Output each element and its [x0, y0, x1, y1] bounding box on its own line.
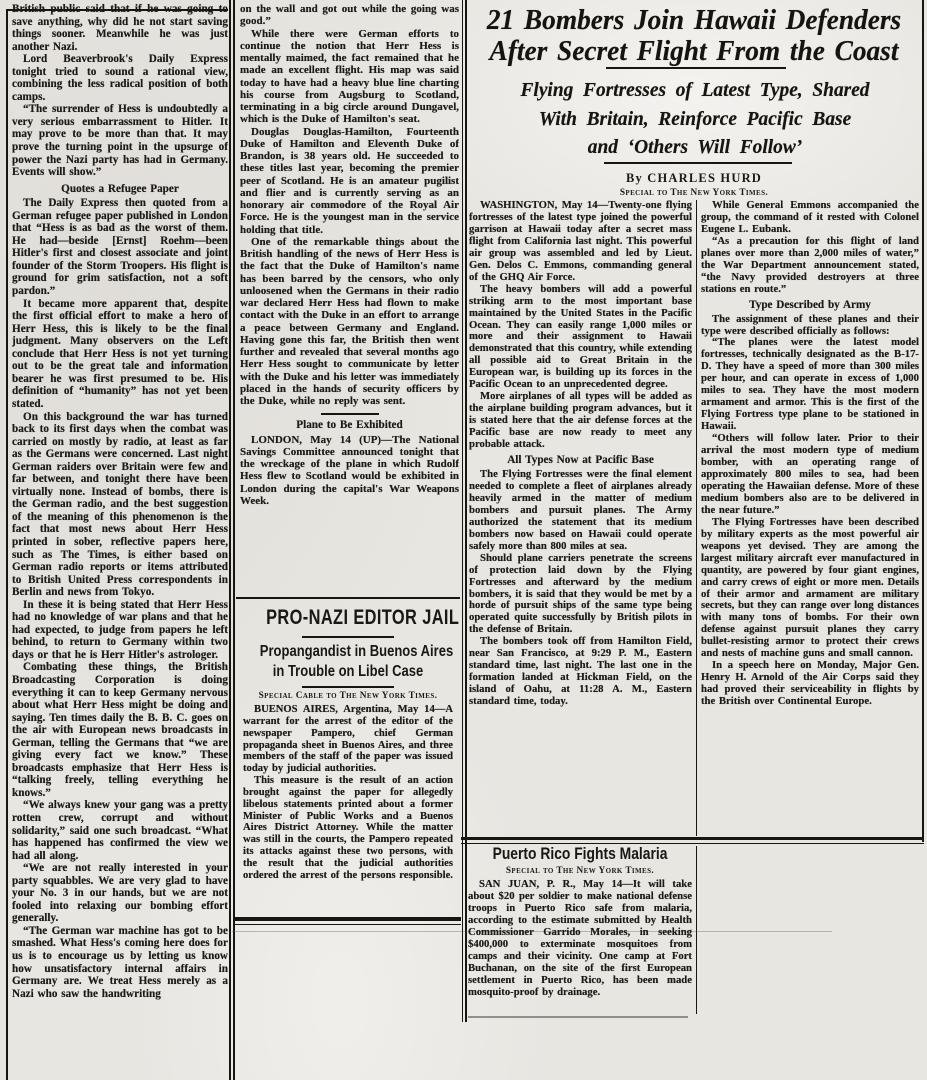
col2-right-divider-a — [462, 0, 464, 1022]
malaria-end-smudge-rule — [468, 1016, 688, 1018]
body-paragraph: British public said that if he was going… — [12, 3, 228, 53]
pro-nazi-editor-article: PRO-NAZI EDITOR JAILED Propangandist in … — [236, 597, 460, 915]
body-paragraph: Lord Beaverbrook's Daily Express tonight… — [12, 53, 228, 103]
body-paragraph: The Flying Fortresses have been describe… — [701, 517, 919, 660]
pro-nazi-box-bottom-thick-rule — [234, 917, 461, 921]
body-paragraph: On this background the war has turned ba… — [12, 411, 228, 599]
malaria-headline: Puerto Rico Fights Malaria — [486, 845, 674, 864]
separator-rule — [321, 413, 379, 415]
bombers-deck-line3: and ‘Others Will Follow’ — [483, 133, 908, 162]
headline-deck-rule — [606, 67, 786, 69]
bombers-headline: 21 Bombers Join Hawaii Defenders After S… — [468, 5, 920, 67]
right-cols-divider — [696, 200, 698, 836]
malaria-right-divider — [696, 846, 698, 1014]
col2-right-divider-b — [465, 0, 467, 1022]
body-paragraph: While there were German efforts to conti… — [240, 28, 459, 126]
malaria-credit-line: Special to The New York Times. — [468, 866, 692, 876]
body-paragraph: WASHINGTON, May 14—Twenty-one flying for… — [469, 200, 692, 284]
pro-nazi-deck-line: Propangandist in Buenos Aires — [260, 642, 436, 662]
column-subhead: Plane to Be Exhibited — [240, 419, 459, 431]
body-paragraph: “The planes were the latest model fortre… — [701, 337, 919, 433]
newspaper-page: British public said that if he was going… — [0, 0, 927, 1080]
pro-nazi-body: BUENOS AIRES, Argentina, May 14—A warran… — [243, 704, 453, 882]
body-paragraph: LONDON, May 14 (UP)—The National Savings… — [240, 434, 459, 508]
bombers-article-column-b: While General Emmons accompanied the gro… — [701, 200, 919, 836]
body-paragraph: Combating these things, the British Broa… — [12, 661, 228, 799]
body-paragraph: The Flying Fortresses were the final ele… — [469, 469, 692, 553]
bombers-byline: By CHARLES HURD — [468, 171, 920, 186]
body-paragraph: The Daily Express then quoted from a Ger… — [12, 197, 228, 297]
malaria-article: Puerto Rico Fights Malaria Special to Th… — [468, 845, 692, 999]
bombers-article-column-a: WASHINGTON, May 14—Twenty-one flying for… — [469, 200, 692, 836]
page-left-rule — [6, 10, 8, 1080]
pro-nazi-credit-line: Special Cable to The New York Times. — [243, 691, 453, 701]
bombers-credit-line: Special to The New York Times. — [468, 188, 920, 198]
body-paragraph: SAN JUAN, P. R., May 14—It will take abo… — [468, 879, 692, 999]
bombers-deck: Flying Fortresses of Latest Type, Shared… — [476, 76, 914, 162]
body-paragraph: While General Emmons accompanied the gro… — [701, 200, 919, 236]
body-paragraph: It became more apparent that, despite th… — [12, 298, 228, 411]
malaria-body: SAN JUAN, P. R., May 14—It will take abo… — [468, 879, 692, 999]
article-end-thin-rule — [461, 843, 924, 844]
column-subhead: All Types Now at Pacific Base — [469, 455, 692, 467]
body-paragraph: Douglas Douglas-Hamilton, Fourteenth Duk… — [240, 126, 459, 236]
body-paragraph: “We always knew your gang was a pretty r… — [12, 799, 228, 862]
bombers-deck-line1: Flying Fortresses of Latest Type, Shared — [483, 76, 908, 105]
column-subhead: Quotes a Refugee Paper — [12, 183, 228, 196]
bombers-headline-line1: 21 Bombers Join Hawaii Defenders — [477, 5, 911, 36]
pro-nazi-headline: PRO-NAZI EDITOR JAILED — [266, 606, 430, 630]
column-subhead: Type Described by Army — [701, 300, 919, 312]
body-paragraph: The heavy bombers will add a powerful st… — [469, 284, 692, 392]
body-paragraph: This measure is the result of an action … — [243, 775, 453, 882]
body-paragraph: “The German war machine has got to be sm… — [12, 925, 228, 1000]
deck-byline-rule — [604, 162, 792, 164]
deck-separator-rule — [302, 686, 394, 688]
article-end-thick-rule — [461, 837, 924, 840]
body-paragraph: The bombers took off from Hamilton Field… — [469, 636, 692, 708]
bombers-headline-line2: After Secret Flight From the Coast — [477, 36, 911, 67]
body-paragraph: More airplanes of all types will be adde… — [469, 391, 692, 451]
body-paragraph: Should plane carriers penetrate the scre… — [469, 553, 692, 637]
body-paragraph: “As a precaution for this flight of land… — [701, 236, 919, 296]
headline-separator-rule — [302, 636, 394, 638]
pro-nazi-box-bottom-thin-rule — [234, 924, 461, 925]
body-paragraph: One of the remarkable things about the B… — [240, 236, 459, 408]
body-paragraph: “Others will follow later. Prior to thei… — [701, 433, 919, 517]
body-paragraph: “The surrender of Hess is undoubtedly a … — [12, 103, 228, 178]
col1-col2-divider-a — [229, 0, 231, 1080]
body-paragraph: BUENOS AIRES, Argentina, May 14—A warran… — [243, 704, 453, 775]
bombers-deck-line2: With Britain, Reinforce Pacific Base — [483, 105, 908, 134]
page-right-rule — [922, 0, 924, 842]
body-paragraph: on the wall and got out while the going … — [240, 3, 459, 28]
body-paragraph: The assignment of these planes and their… — [701, 314, 919, 338]
body-paragraph: In a speech here on Monday, Major Gen. H… — [701, 660, 919, 708]
pro-nazi-deck-line: in Trouble on Libel Case — [260, 662, 436, 682]
body-paragraph: “We are not really interested in your pa… — [12, 862, 228, 925]
hess-article-left-column: British public said that if he was going… — [12, 3, 228, 1077]
hess-article-middle-column: on the wall and got out while the going … — [240, 3, 459, 594]
body-paragraph: In these it is being stated that Herr He… — [12, 599, 228, 662]
